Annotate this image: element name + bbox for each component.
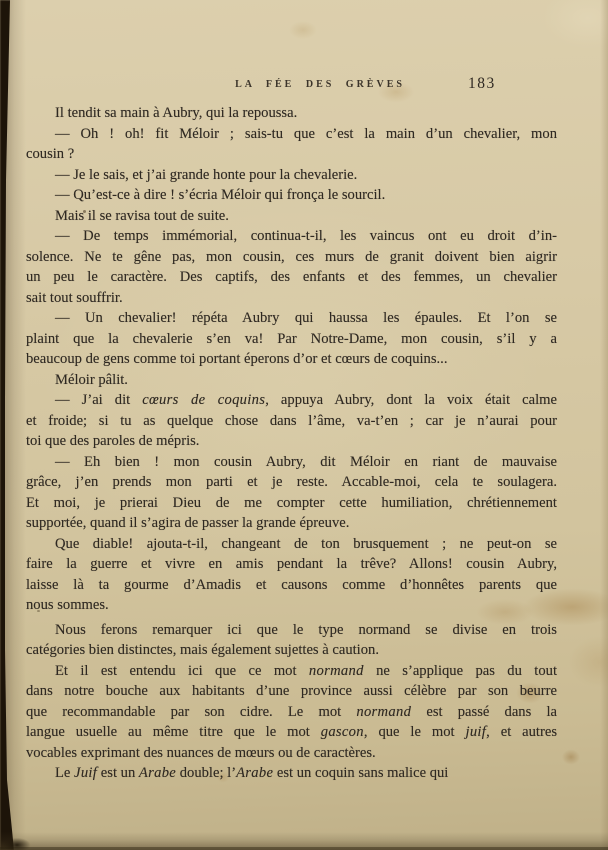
text-segment: est un coquin sans malice qui [273, 765, 448, 781]
text-segment: ne s’applique pas du tout [364, 663, 557, 679]
text-segment: — Oh ! oh! fit Méloir ; sais-tu que c’es… [55, 126, 557, 142]
text-segment: faire la guerre et vivre en amis pendant… [26, 556, 557, 572]
text-line: Le Juif est un Arabe double; l’Arabe est… [26, 763, 557, 784]
book-page: LA FÉE DES GRÈVES 183 Il tendit sa main … [0, 0, 608, 850]
text-line: — Qu’est-ce à dire ! s’écria Méloir qui … [26, 185, 557, 206]
text-line: nous sommes. [26, 595, 557, 616]
italic-text: normand [309, 663, 364, 679]
text-segment: plaint que la chevalerie s’en va! Par No… [26, 331, 557, 347]
paragraph: — De temps immémorial, continua-t-il, le… [26, 226, 557, 308]
text-line: dans notre bouche aux habitants d’une pr… [26, 681, 557, 702]
text-line: — J’ai dit cœurs de coquins, appuya Aubr… [26, 390, 557, 411]
paragraph: — Qu’est-ce à dire ! s’écria Méloir qui … [26, 185, 557, 206]
paragraph: — Eh bien ! mon cousin Aubry, dit Méloir… [26, 452, 557, 534]
text-line: vocables exprimant des nuances de mœurs … [26, 743, 557, 764]
text-line: un peu le caractère. Des captifs, des en… [26, 267, 557, 288]
text-segment: , appuya Aubry, dont la voix était calme [265, 392, 557, 408]
text-segment: — Eh bien ! mon cousin Aubry, dit Méloir… [55, 454, 557, 470]
page-number: 183 [468, 75, 496, 93]
paragraph: Et il est entendu ici que ce mot normand… [26, 661, 557, 764]
text-segment: toi que des paroles de mépris. [26, 433, 199, 449]
text-segment: Que diable! ajouta-t-il, changeant de to… [55, 536, 557, 552]
text-segment: Méloir pâlit. [55, 372, 128, 388]
italic-text: juif [465, 724, 486, 740]
text-segment: Et il est entendu ici que ce mot [55, 663, 309, 679]
text-segment: vocables exprimant des nuances de mœurs … [26, 745, 376, 761]
text-segment: — Un chevalier! répéta Aubry qui haussa … [55, 310, 557, 326]
italic-text: Juif [74, 765, 97, 781]
text-line: — Eh bien ! mon cousin Aubry, dit Méloir… [26, 452, 557, 473]
text-segment: sait tout souffrir. [26, 290, 123, 306]
italic-text: Arabe [139, 765, 176, 781]
text-line: — Oh ! oh! fit Méloir ; sais-tu que c’es… [26, 124, 557, 145]
text-line: et froide; si tu as quelque chose dans l… [26, 411, 557, 432]
text-segment: — Je le sais, et j’ai grande honte pour … [55, 167, 357, 183]
text-line: plaint que la chevalerie s’en va! Par No… [26, 329, 557, 350]
paragraph: — Un chevalier! répéta Aubry qui haussa … [26, 308, 557, 370]
text-segment: double; l’ [176, 765, 236, 781]
text-block: Il tendit sa main à Aubry, qui la repous… [26, 103, 557, 784]
text-line: Nous ferons remarquer ici que le type no… [26, 620, 557, 641]
text-segment: — Qu’est-ce à dire ! s’écria Méloir qui … [55, 187, 385, 203]
paragraph: Mais il se ravisa tout de suite. [26, 206, 557, 227]
text-segment: , que le mot [364, 724, 466, 740]
text-segment: Mais il se ravisa tout de suite. [55, 208, 229, 224]
text-line: que recommandable par son cidre. Le mot … [26, 702, 557, 723]
paragraph: Méloir pâlit. [26, 370, 557, 391]
text-line: Que diable! ajouta-t-il, changeant de to… [26, 534, 557, 555]
text-line: langue usuelle au même titre que le mot … [26, 722, 557, 743]
text-line: toi que des paroles de mépris. [26, 431, 557, 452]
text-segment: langue usuelle au même titre que le mot [26, 724, 321, 740]
text-segment: supportée, quand il s’agira de passer la… [26, 515, 349, 531]
paragraph: — Oh ! oh! fit Méloir ; sais-tu que c’es… [26, 124, 557, 165]
text-line: beaucoup de gens comme toi portant épero… [26, 349, 557, 370]
paragraph: Le Juif est un Arabe double; l’Arabe est… [26, 763, 557, 784]
text-line: — Je le sais, et j’ai grande honte pour … [26, 165, 557, 186]
text-segment: est passé dans la [411, 704, 557, 720]
text-line: grâce, j’en prends mon parti et je reste… [26, 472, 557, 493]
text-line: — Un chevalier! répéta Aubry qui haussa … [26, 308, 557, 329]
page-edge-shade [600, 0, 608, 850]
text-line: faire la guerre et vivre en amis pendant… [26, 554, 557, 575]
text-line: solence. Ne te gêne pas, mon cousin, ces… [26, 247, 557, 268]
paragraph: — J’ai dit cœurs de coquins, appuya Aubr… [26, 390, 557, 452]
corner-blot [0, 836, 34, 850]
text-segment: — De temps immémorial, continua-t-il, le… [55, 228, 557, 244]
text-line: Et il est entendu ici que ce mot normand… [26, 661, 557, 682]
text-segment: dans notre bouche aux habitants d’une pr… [26, 683, 557, 699]
running-title: LA FÉE DES GRÈVES [0, 79, 608, 90]
text-line: supportée, quand il s’agira de passer la… [26, 513, 557, 534]
italic-text: gascon [321, 724, 364, 740]
text-segment: , et autres [486, 724, 557, 740]
text-line: catégories bien distinctes, mais égaleme… [26, 640, 557, 661]
text-segment: laisse là ta gourme d’Amadis et causons … [26, 577, 557, 593]
text-line: sait tout souffrir. [26, 288, 557, 309]
text-segment: beaucoup de gens comme toi portant épero… [26, 351, 447, 367]
paragraph: Que diable! ajouta-t-il, changeant de to… [26, 534, 557, 616]
paragraph: Il tendit sa main à Aubry, qui la repous… [26, 103, 557, 124]
italic-text: normand [356, 704, 411, 720]
text-line: Il tendit sa main à Aubry, qui la repous… [26, 103, 557, 124]
text-segment: que recommandable par son cidre. Le mot [26, 704, 356, 720]
text-segment: Le [55, 765, 74, 781]
text-segment: grâce, j’en prends mon parti et je reste… [26, 474, 557, 490]
paragraph: — Je le sais, et j’ai grande honte pour … [26, 165, 557, 186]
text-segment: solence. Ne te gêne pas, mon cousin, ces… [26, 249, 557, 265]
text-line: Méloir pâlit. [26, 370, 557, 391]
italic-text: cœurs de coquins [142, 392, 265, 408]
text-line: cousin ? [26, 144, 557, 165]
text-line: Mais il se ravisa tout de suite. [26, 206, 557, 227]
paragraph: Nous ferons remarquer ici que le type no… [26, 620, 557, 661]
text-segment: — J’ai dit [55, 392, 142, 408]
text-line: Et moi, je prierai Dieu de me compter ce… [26, 493, 557, 514]
text-segment: Nous ferons remarquer ici que le type no… [55, 622, 557, 638]
text-segment: cousin ? [26, 146, 74, 162]
text-segment: nous sommes. [26, 597, 109, 613]
text-segment: Il tendit sa main à Aubry, qui la repous… [55, 105, 297, 121]
text-line: laisse là ta gourme d’Amadis et causons … [26, 575, 557, 596]
text-segment: catégories bien distinctes, mais égaleme… [26, 642, 379, 658]
text-line: — De temps immémorial, continua-t-il, le… [26, 226, 557, 247]
text-segment: et froide; si tu as quelque chose dans l… [26, 413, 557, 429]
text-segment: un peu le caractère. Des captifs, des en… [26, 269, 557, 285]
text-segment: Et moi, je prierai Dieu de me compter ce… [26, 495, 557, 511]
italic-text: Arabe [236, 765, 273, 781]
text-segment: est un [97, 765, 139, 781]
